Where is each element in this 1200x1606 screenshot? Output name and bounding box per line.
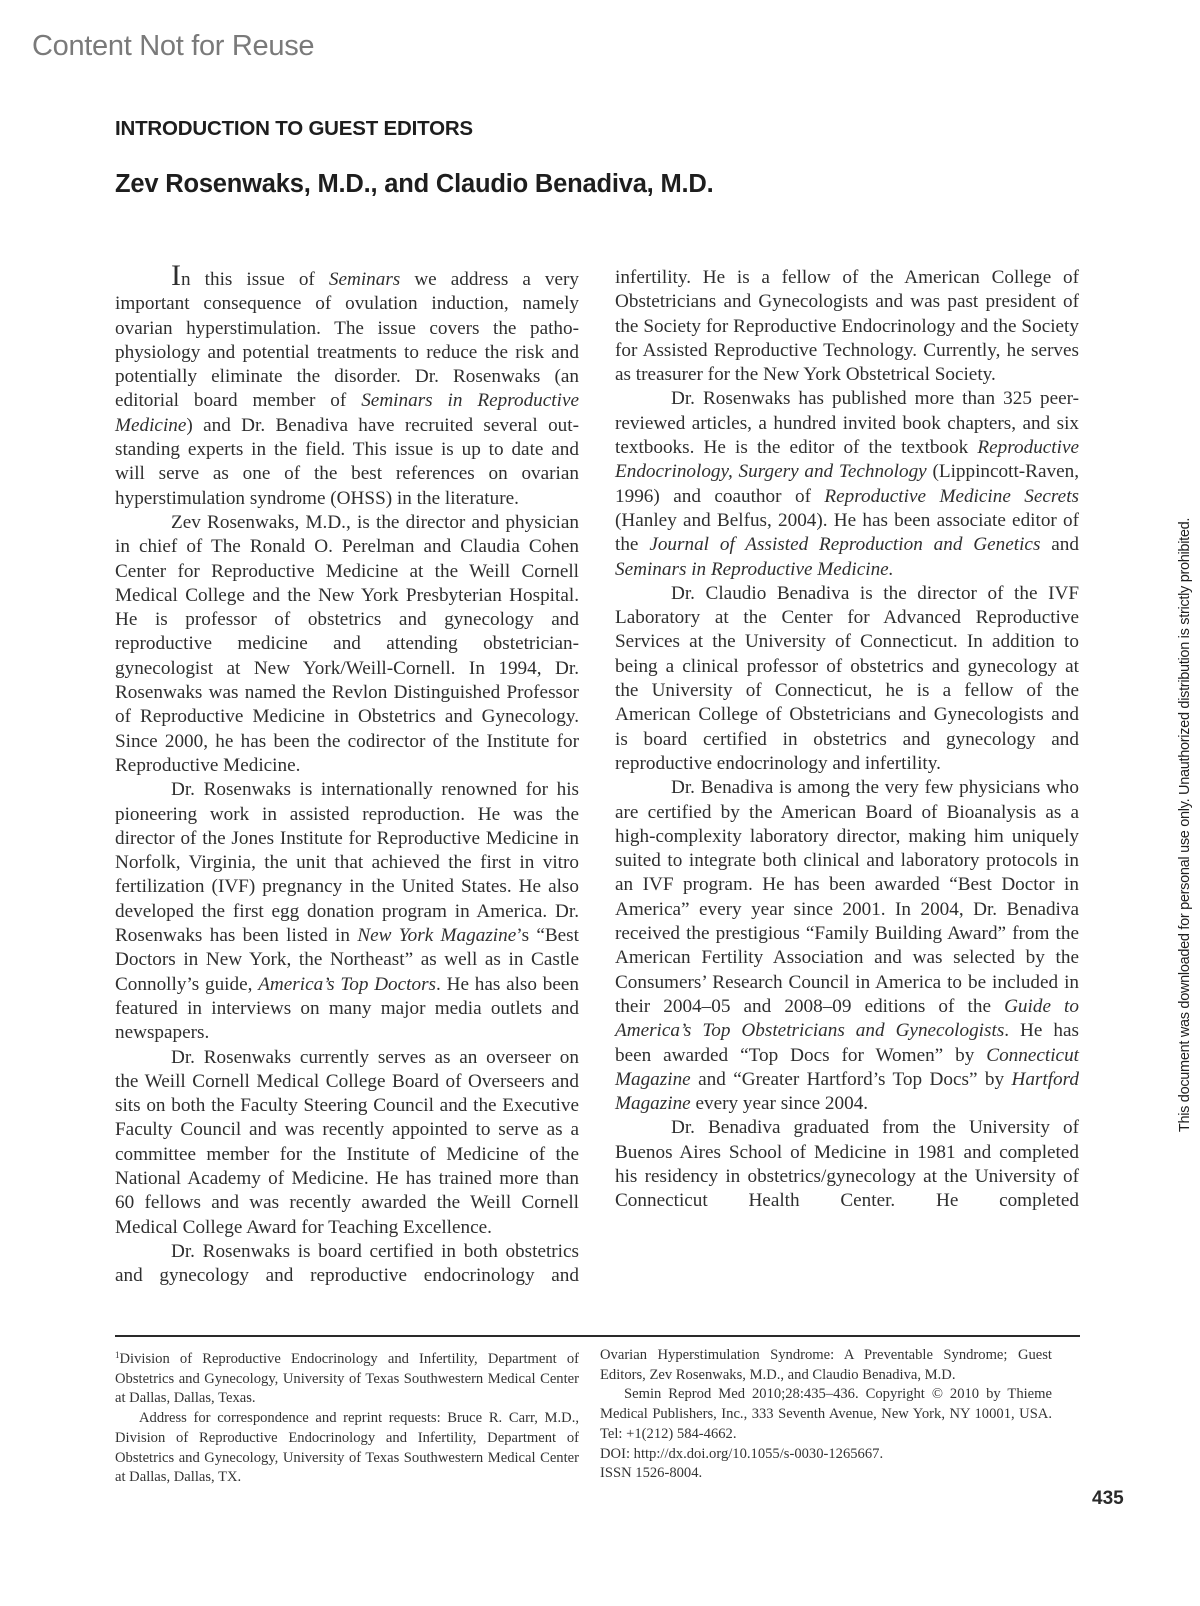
side-usage-notice: This document was downloaded for persona… [1177,518,1193,1132]
paragraph-rosenwaks-overseer: Dr. Rosenwaks currently serves as an ove… [115,1046,579,1240]
paragraph-intro: In this issue of Seminars we address a v… [115,266,579,511]
footnote-affiliation: 1Division of Reproductive Endocrinology … [115,1346,579,1409]
footnote-citation: Semin Reprod Med 2010;28:435–436. Copyri… [600,1385,1052,1444]
paragraph-rosenwaks-fellow: infertility. He is a fellow of the Ameri… [615,266,1079,387]
watermark-text: Content Not for Reuse [32,30,314,63]
page-number: 435 [1092,1488,1124,1510]
body-column-right: infertility. He is a fellow of the Ameri… [615,266,1079,1214]
paragraph-benadiva-awards: Dr. Benadiva is among the very few physi… [615,776,1079,1116]
drop-cap: I [171,259,181,292]
paragraph-rosenwaks-work: Dr. Rosenwaks is internationally renowne… [115,778,579,1045]
footnote-doi[interactable]: DOI: http://dx.doi.org/10.1055/s-0030-12… [600,1445,1052,1465]
paragraph-benadiva-education: Dr. Benadiva graduated from the Universi… [615,1116,1079,1213]
footnote-issn: ISSN 1526-8004. [600,1464,1052,1484]
paragraph-rosenwaks-certified: Dr. Rosenwaks is board certified in both… [115,1240,579,1289]
body-column-left: In this issue of Seminars we address a v… [115,266,579,1288]
paragraph-benadiva-bio: Dr. Claudio Benadiva is the director of … [615,582,1079,776]
footnote-divider [115,1335,1080,1337]
authors-title: Zev Rosenwaks, M.D., and Claudio Benadiv… [115,170,713,199]
footnote-issue-title: Ovarian Hyperstimulation Syndrome: A Pre… [600,1346,1052,1385]
section-heading: INTRODUCTION TO GUEST EDITORS [115,117,473,141]
footnotes-right: Ovarian Hyperstimulation Syndrome: A Pre… [600,1346,1052,1484]
footnote-correspondence: Address for correspondence and reprint r… [115,1409,579,1488]
paragraph-rosenwaks-publications: Dr. Rosenwaks has published more than 32… [615,387,1079,581]
footnotes-left: 1Division of Reproductive Endocrinology … [115,1346,579,1488]
paragraph-rosenwaks-bio: Zev Rosenwaks, M.D., is the director and… [115,511,579,778]
